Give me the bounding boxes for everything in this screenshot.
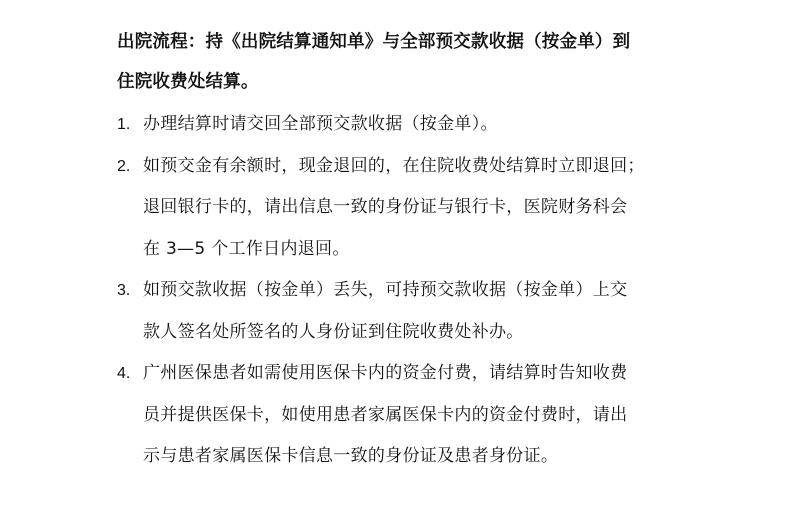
item-text: 如预交款收据（按金单）丢失，可持预交款收据（按金单）上交 款人签名处所签名的人身…	[143, 270, 677, 353]
item-text: 广州医保患者如需使用医保卡内的资金付费，请结算时告知收费 员并提供医保卡，如使用…	[143, 353, 677, 478]
list-item: 4. 广州医保患者如需使用医保卡内的资金付费，请结算时告知收费 员并提供医保卡，…	[117, 353, 677, 478]
item-text: 办理结算时请交回全部预交款收据（按金单）。	[143, 104, 677, 146]
item-line: 在 3—5 个工作日内退回。	[143, 229, 677, 271]
heading-line: 出院流程：持《出院结算通知单》与全部预交款收据（按金单）到	[117, 22, 677, 62]
item-line: 员并提供医保卡，如使用患者家属医保卡内的资金付费时，请出	[143, 395, 677, 437]
item-line: 示与患者家属医保卡信息一致的身份证及患者身份证。	[143, 436, 677, 478]
item-line: 如预交款收据（按金单）丢失，可持预交款收据（按金单）上交	[143, 270, 677, 312]
heading-line: 住院收费处结算。	[117, 62, 677, 102]
discharge-process-heading: 出院流程：持《出院结算通知单》与全部预交款收据（按金单）到 住院收费处结算。	[117, 22, 677, 102]
item-number: 3.	[117, 270, 143, 353]
item-number: 1.	[117, 104, 143, 146]
item-line: 广州医保患者如需使用医保卡内的资金付费，请结算时告知收费	[143, 353, 677, 395]
document-page: 出院流程：持《出院结算通知单》与全部预交款收据（按金单）到 住院收费处结算。 1…	[117, 22, 677, 478]
item-text: 如预交金有余额时，现金退回的，在住院收费处结算时立即退回； 退回银行卡的，请出信…	[143, 146, 677, 271]
list-item: 3. 如预交款收据（按金单）丢失，可持预交款收据（按金单）上交 款人签名处所签名…	[117, 270, 677, 353]
item-number: 2.	[117, 146, 143, 271]
instruction-list: 1. 办理结算时请交回全部预交款收据（按金单）。 2. 如预交金有余额时，现金退…	[117, 104, 677, 478]
item-line: 退回银行卡的，请出信息一致的身份证与银行卡，医院财务科会	[143, 187, 677, 229]
list-item: 2. 如预交金有余额时，现金退回的，在住院收费处结算时立即退回； 退回银行卡的，…	[117, 146, 677, 271]
list-item: 1. 办理结算时请交回全部预交款收据（按金单）。	[117, 104, 677, 146]
item-number: 4.	[117, 353, 143, 478]
item-line: 款人签名处所签名的人身份证到住院收费处补办。	[143, 312, 677, 354]
item-line: 如预交金有余额时，现金退回的，在住院收费处结算时立即退回；	[143, 146, 677, 188]
item-line: 办理结算时请交回全部预交款收据（按金单）。	[143, 104, 677, 146]
